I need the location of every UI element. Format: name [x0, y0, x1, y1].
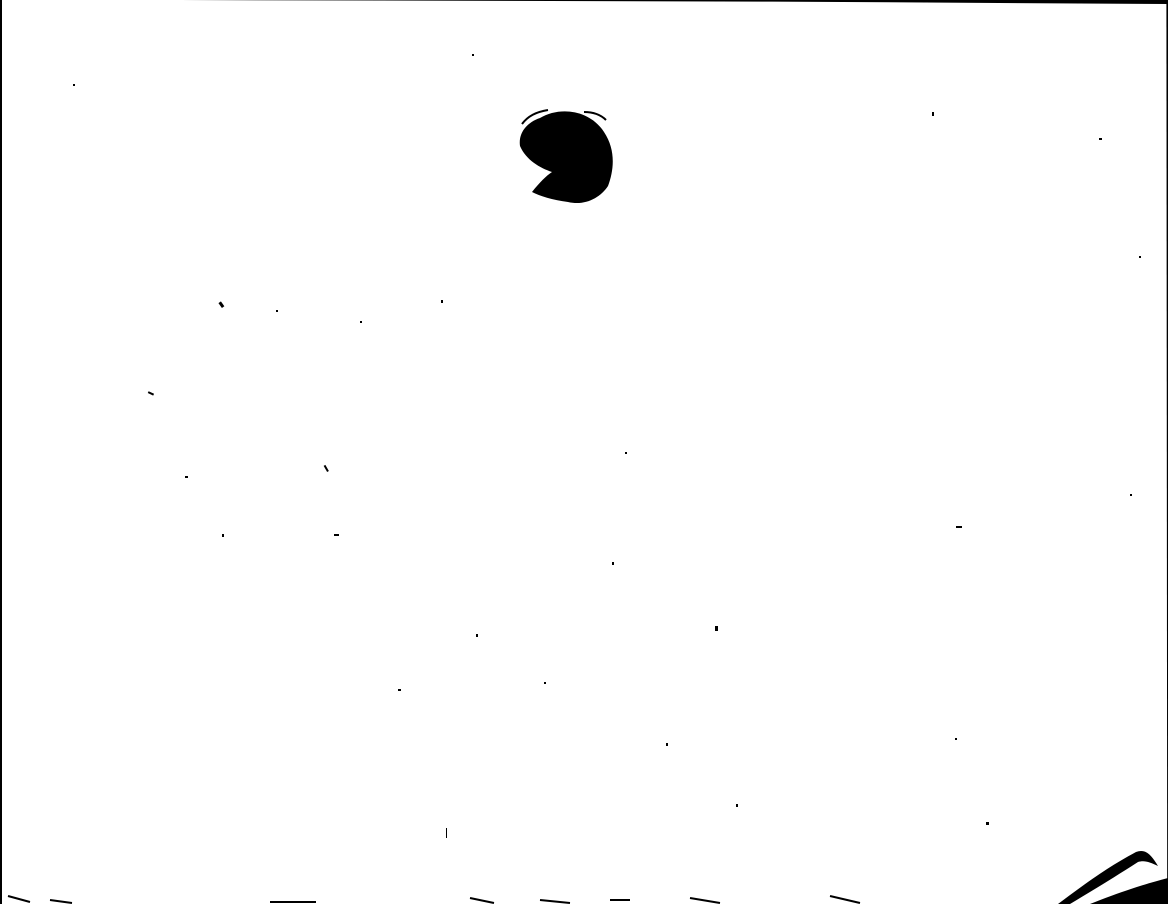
ink-blot [520, 111, 613, 203]
scan-artifacts [0, 0, 1168, 904]
paper-sheet [0, 0, 1168, 904]
